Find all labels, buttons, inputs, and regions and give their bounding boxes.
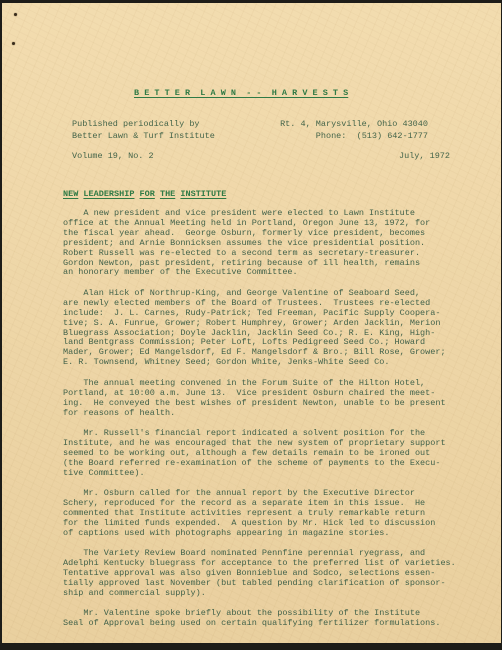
paragraph-annual-meeting: The annual meeting convened in the Forum… <box>63 379 463 419</box>
paragraph-new-officers: A new president and vice president were … <box>63 209 463 278</box>
scanned-newsletter-screenshot: { "colors": { "paper": "#eed6a7", "ink_h… <box>0 0 502 650</box>
paragraph-trustees: Alan Hick of Northrup-King, and George V… <box>63 289 463 368</box>
heading-word: FOR <box>140 189 155 199</box>
paragraph-variety-review: The Variety Review Board nominated Pennf… <box>63 549 463 599</box>
paragraph-annual-report: Mr. Osburn called for the annual report … <box>63 489 463 539</box>
contact-info: Rt. 4, Marysville, Ohio 43040 Phone: (51… <box>280 119 428 142</box>
issue-date: July, 1972 <box>399 151 450 161</box>
heading-word: INSTITUTE <box>180 189 226 199</box>
staple-hole-top <box>14 13 17 16</box>
paper-sheet: B E T T E R L A W N - - H A R V E S T S … <box>2 3 501 643</box>
heading-word: NEW <box>63 189 78 199</box>
heading-word: THE <box>160 189 175 199</box>
newsletter-title: B E T T E R L A W N - - H A R V E S T S <box>134 88 348 98</box>
publisher-info: Published periodically by Better Lawn & … <box>72 119 215 142</box>
volume-number: Volume 19, No. 2 <box>72 151 154 161</box>
masthead: Published periodically by Better Lawn & … <box>72 119 428 142</box>
paragraph-seal-of-approval: Mr. Valentine spoke briefly about the po… <box>63 609 463 629</box>
paragraph-financial-report: Mr. Russell's financial report indicated… <box>63 429 463 479</box>
article-heading: NEW LEADERSHIP FOR THE INSTITUTE <box>63 189 226 199</box>
staple-hole-bottom <box>12 42 15 45</box>
article-body: A new president and vice president were … <box>63 209 463 640</box>
heading-word: LEADERSHIP <box>83 189 134 199</box>
